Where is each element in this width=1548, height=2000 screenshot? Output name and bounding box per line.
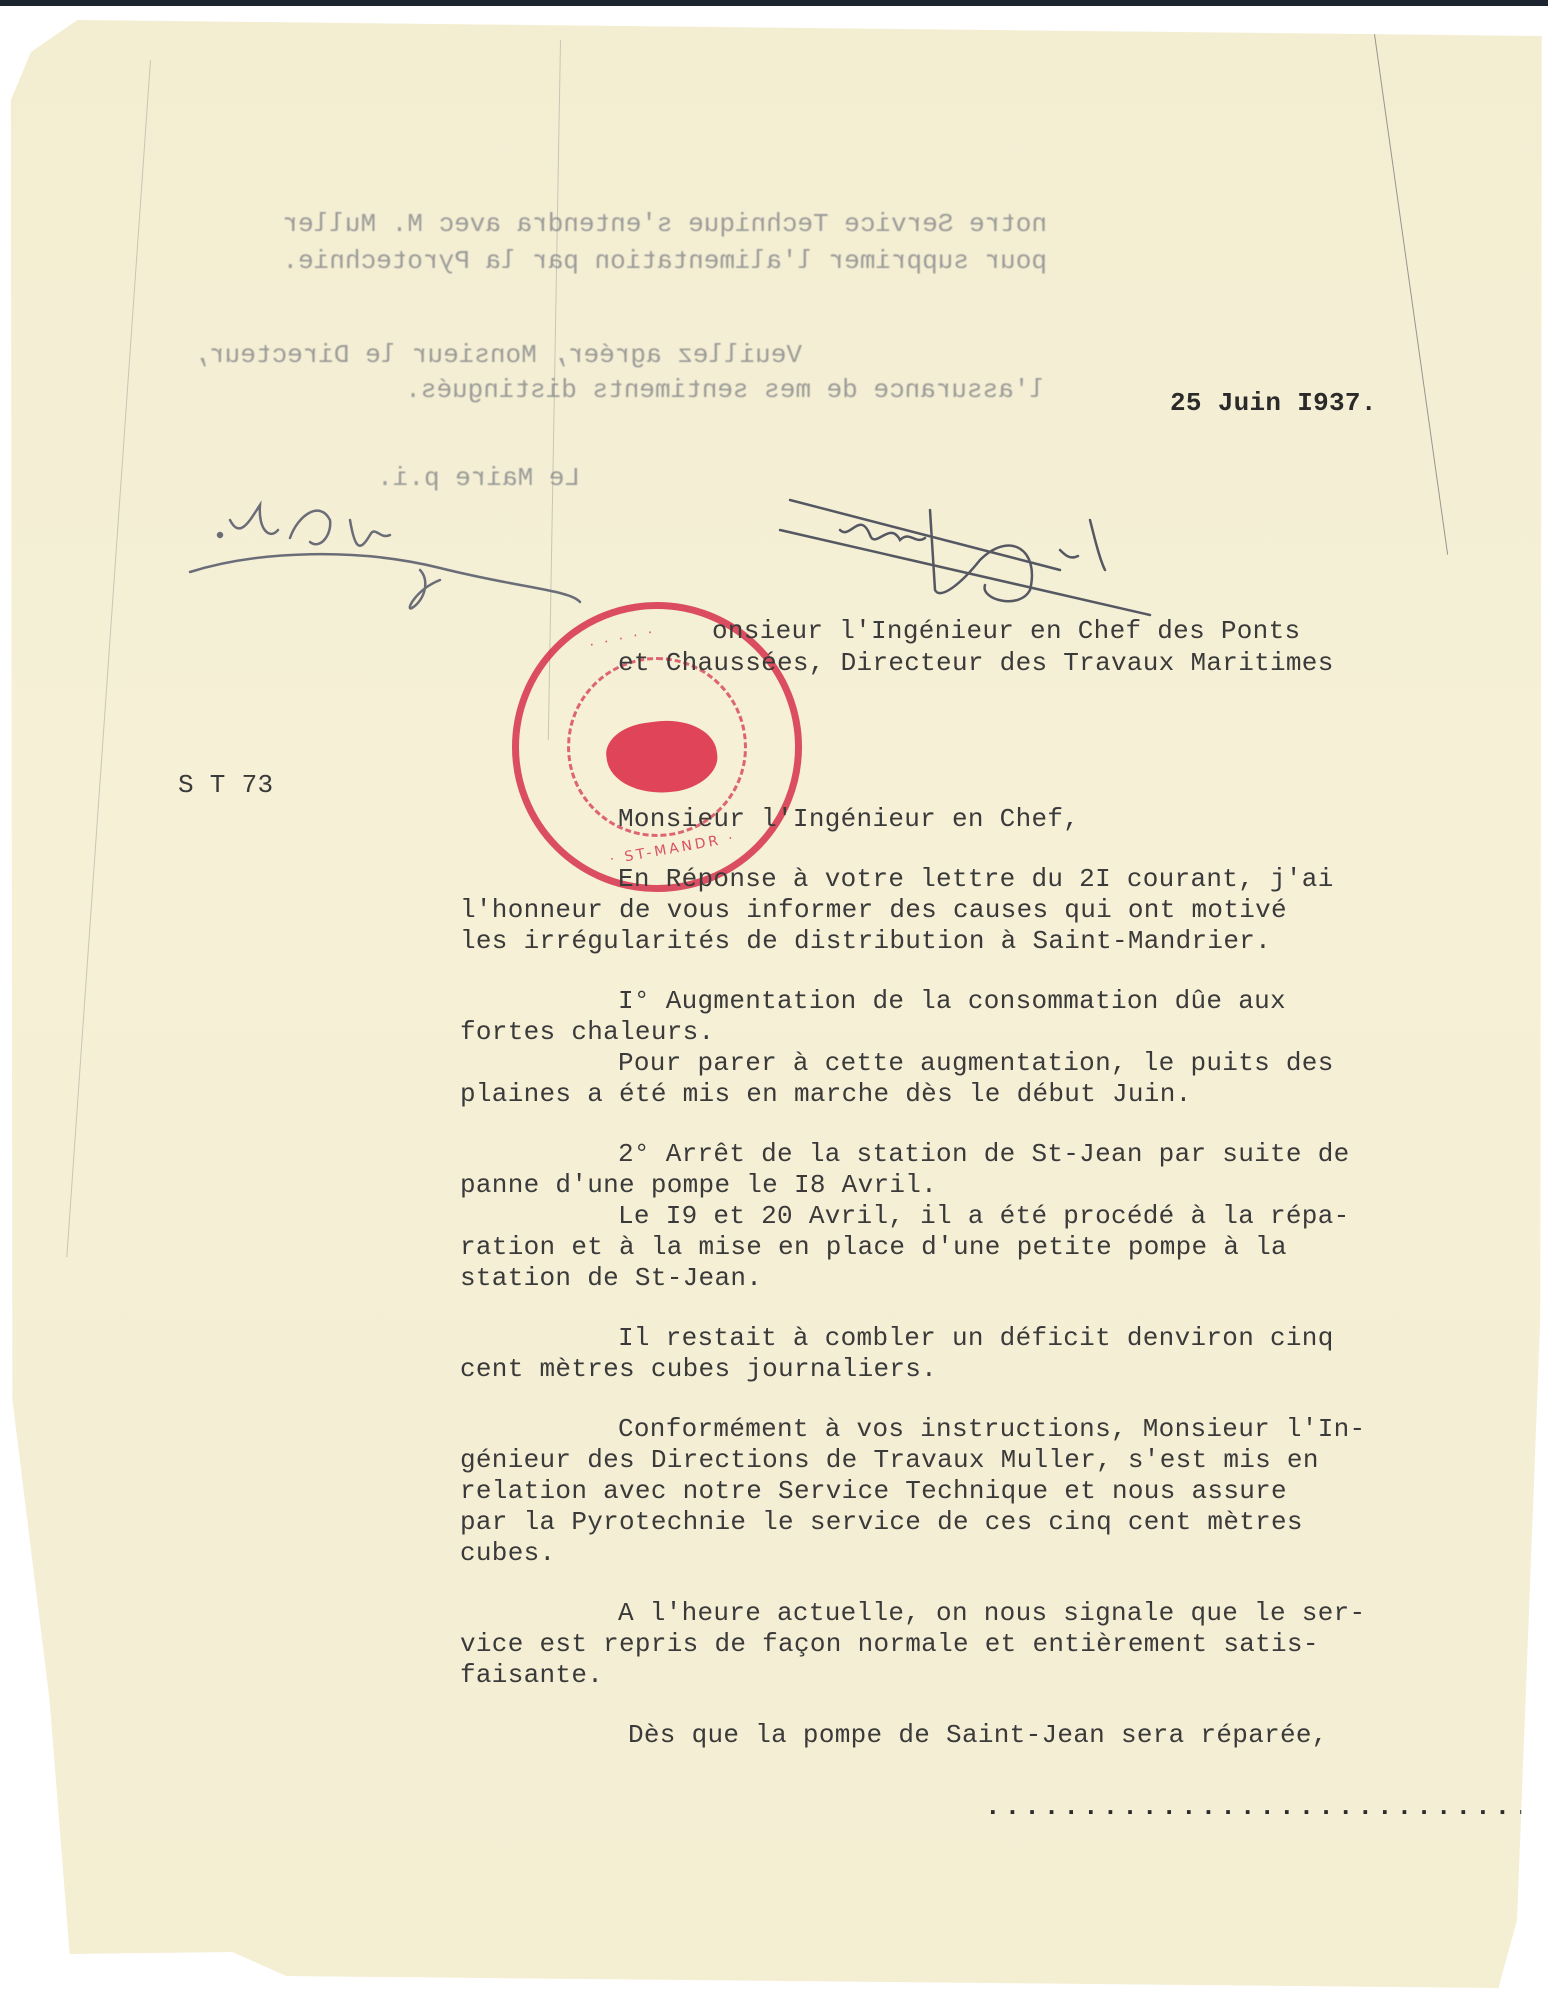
body-p3-line-1: 2° Arrêt de la station de St-Jean par su…	[618, 1139, 1350, 1170]
body-p4-line-1: Il restait à combler un déficit denviron…	[618, 1323, 1334, 1354]
body-p2-line-1: I° Augmentation de la consommation dûe a…	[618, 986, 1286, 1017]
body-p2-line-2: fortes chaleurs.	[460, 1017, 714, 1048]
body-p3-line-2: panne d'une pompe le I8 Avril.	[460, 1170, 937, 1201]
continuation-dots: ..............................	[985, 1792, 1548, 1822]
body-p4-line-2: cent mètres cubes journaliers.	[460, 1354, 937, 1385]
signature-mayor-icon	[180, 480, 600, 620]
fold-line-right	[1372, 20, 1448, 555]
body-p3-line-4: ration et à la mise en place d'une petit…	[460, 1232, 1287, 1263]
body-p5-line-2: génieur des Directions de Travaux Muller…	[460, 1445, 1319, 1476]
body-p6-line-1: A l'heure actuelle, on nous signale que …	[618, 1598, 1365, 1629]
body-p5-line-4: par la Pyrotechnie le service de ces cin…	[460, 1507, 1303, 1538]
body-p1-line-3: les irrégularités de distribution à Sain…	[460, 926, 1271, 957]
mirrored-text-line-3: Veuillez agréer, Monsieur le Directeur,	[142, 337, 802, 374]
reference-code: S T 73	[178, 770, 273, 801]
signature-receipt-icon	[760, 490, 1160, 620]
mirrored-text-line-1: notre Service Technique s'entendra avec …	[142, 206, 1047, 243]
body-p3-line-5: station de St-Jean.	[460, 1263, 762, 1294]
body-p5-line-5: cubes.	[460, 1538, 555, 1569]
body-p2-line-3: Pour parer à cette augmentation, le puit…	[618, 1048, 1334, 1079]
mirrored-text-line-4: l'assurance de mes sentiments distingués…	[300, 372, 1045, 409]
body-p3-line-3: Le I9 et 20 Avril, il a été procédé à la…	[618, 1201, 1350, 1232]
addressee-line-1: onsieur l'Ingénieur en Chef des Ponts	[712, 616, 1300, 647]
body-p1-line-2: l'honneur de vous informer des causes qu…	[460, 895, 1287, 926]
fold-line-left	[66, 60, 151, 1257]
salutation: Monsieur l'Ingénieur en Chef,	[618, 804, 1079, 835]
stamp-text-bottom: · ST-MANDR ·	[609, 830, 737, 868]
body-p2-line-4: plaines a été mis en marche dès le début…	[460, 1079, 1192, 1110]
body-p5-line-1: Conformément à vos instructions, Monsieu…	[618, 1414, 1365, 1445]
body-p6-line-3: faisante.	[460, 1660, 603, 1691]
scanner-edge	[0, 0, 1548, 6]
mirrored-text-line-2: pour supprimer l'alimentation par la Pyr…	[142, 243, 1047, 280]
letter-page: notre Service Technique s'entendra avec …	[0, 0, 1548, 2000]
addressee-line-2: et Chaussées, Directeur des Travaux Mari…	[618, 648, 1334, 679]
body-p1-line-1: En Réponse à votre lettre du 2I courant,…	[618, 864, 1334, 895]
body-p5-line-3: relation avec notre Service Technique et…	[460, 1476, 1287, 1507]
letter-date: 25 Juin I937.	[1170, 388, 1377, 419]
body-p7-line-1: Dès que la pompe de Saint-Jean sera répa…	[628, 1720, 1328, 1751]
body-p6-line-2: vice est repris de façon normale et enti…	[460, 1629, 1319, 1660]
